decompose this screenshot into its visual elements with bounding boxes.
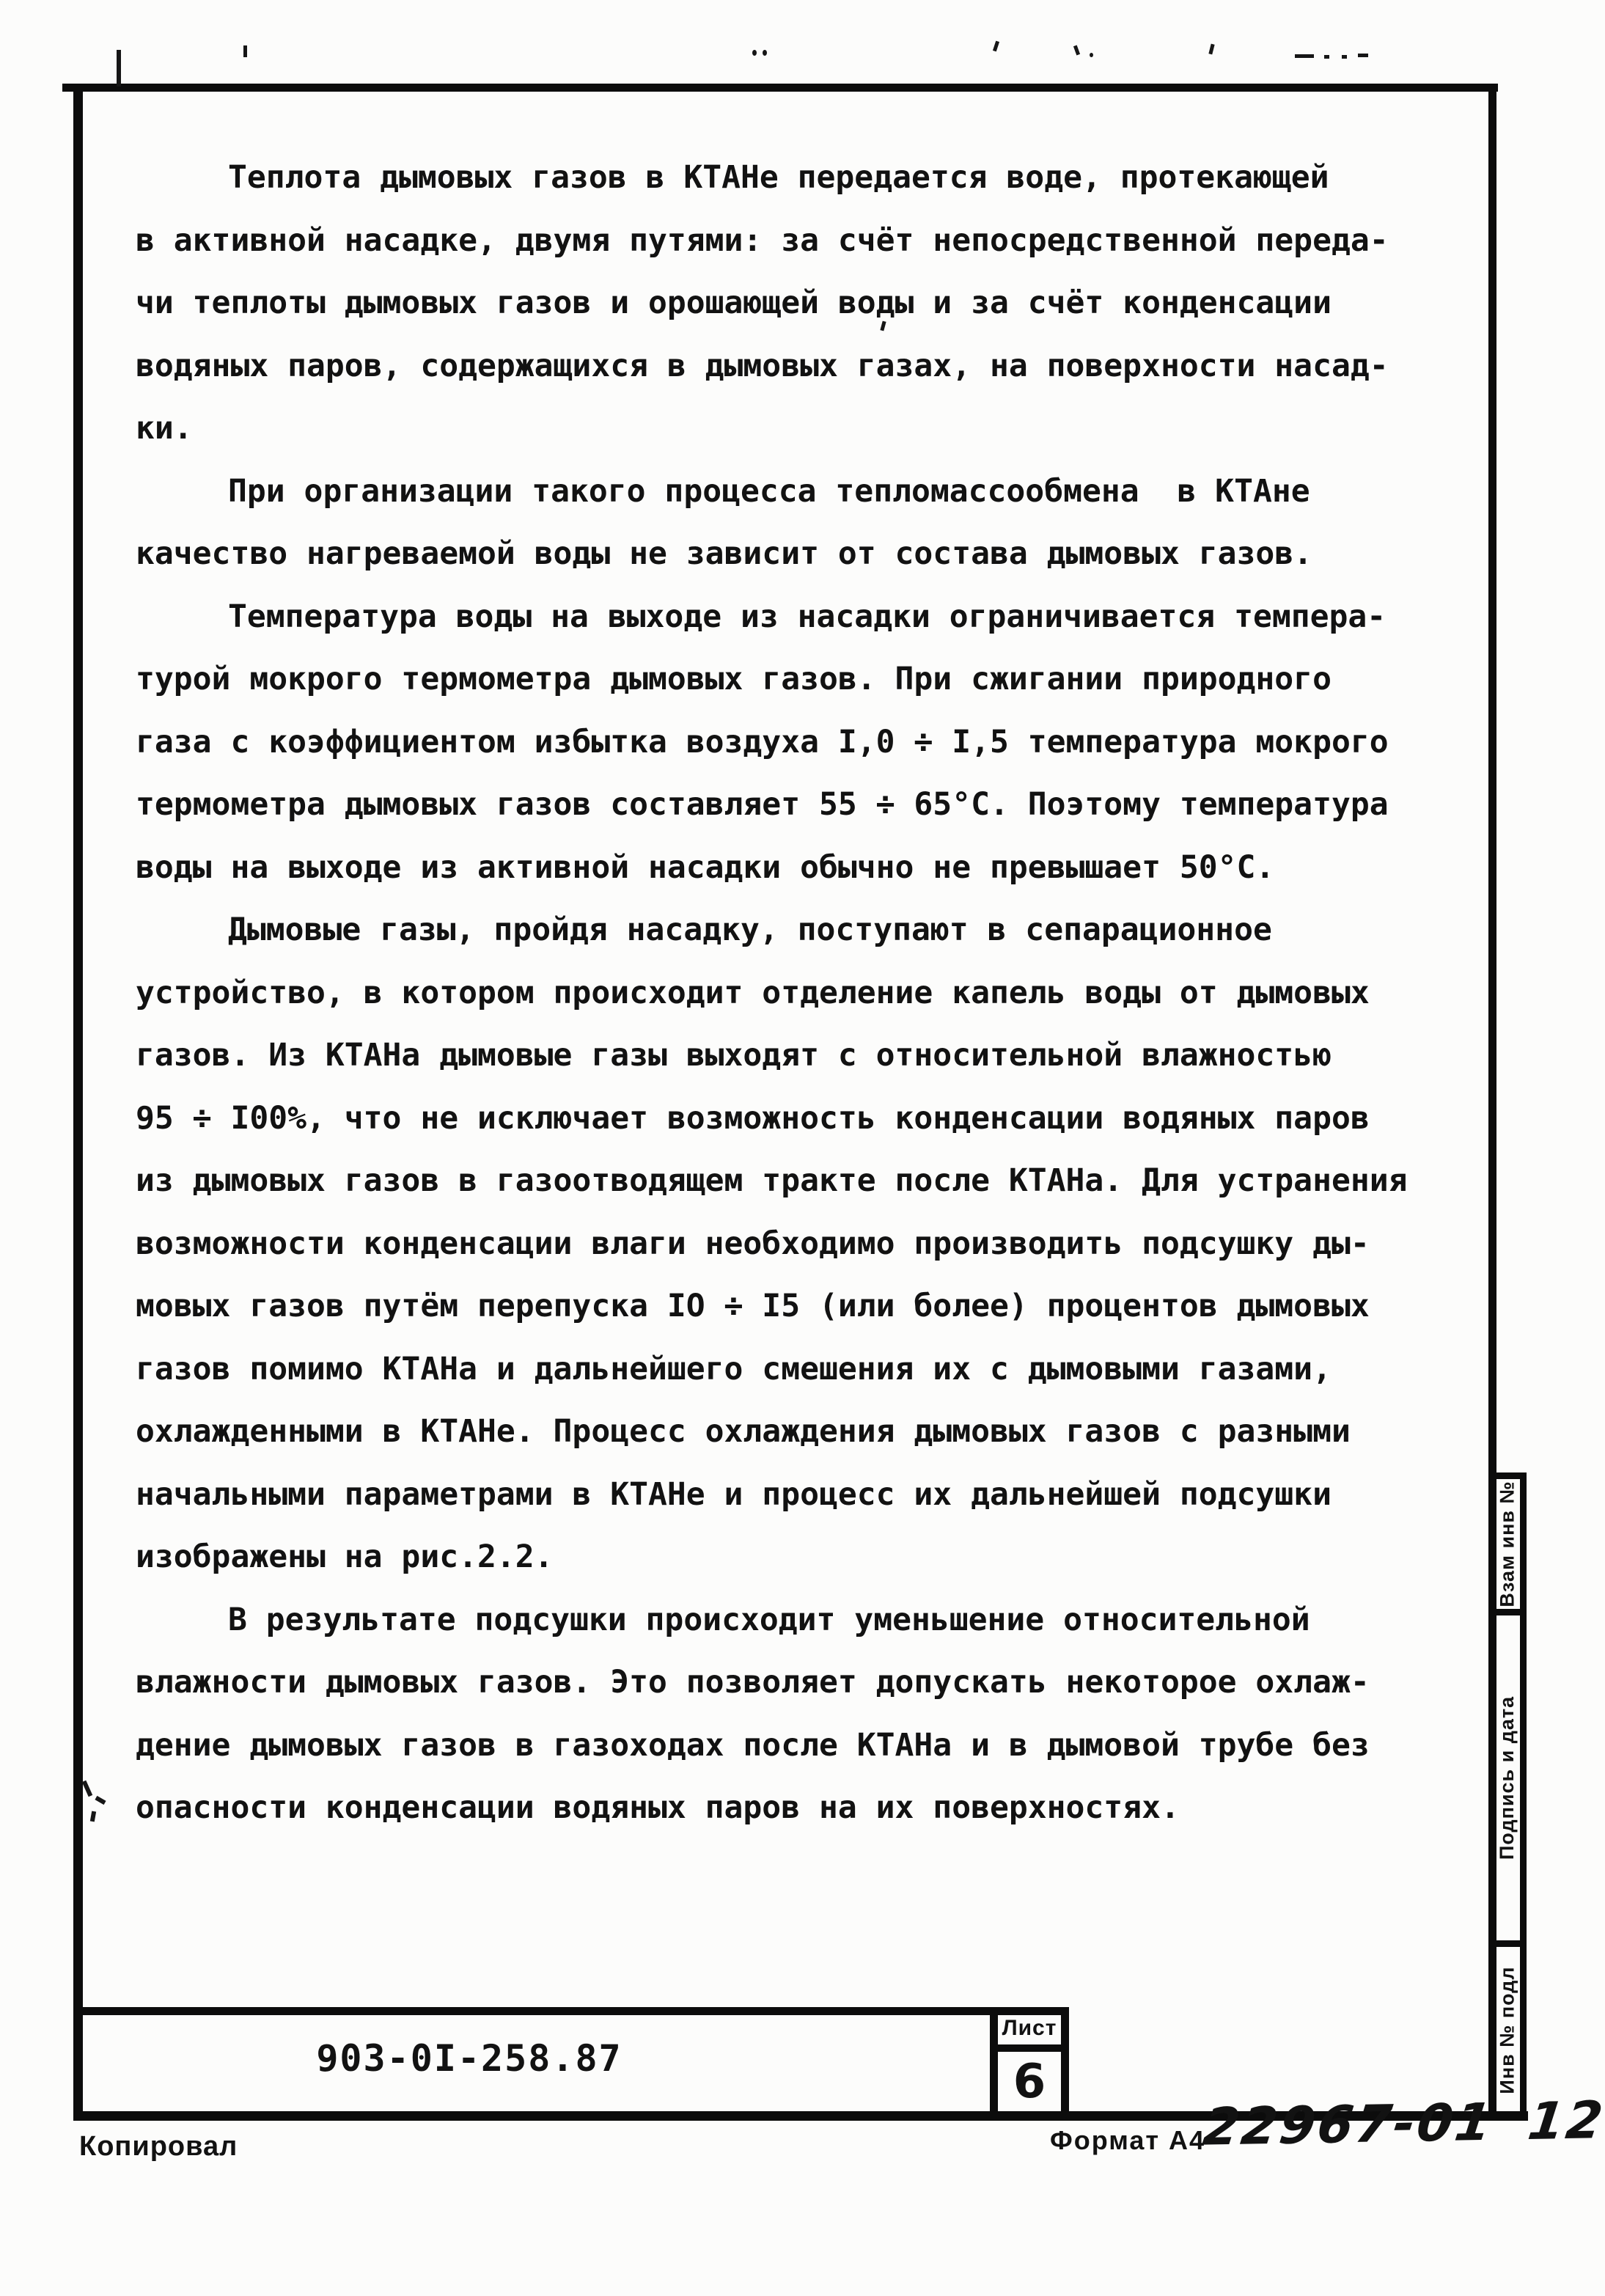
text-line: газов помимо КТАНа и дальнейшего смешени… (136, 1338, 1492, 1401)
document-number: 903-0I-258.87 (308, 2037, 631, 2080)
scan-artifact (763, 50, 767, 56)
scan-artifact (1295, 54, 1314, 58)
stamp-cell-label: Подпись и дата (1496, 1696, 1519, 1860)
text-line: водяных паров, содержащихся в дымовых га… (136, 335, 1492, 398)
text-line: возможности конденсации влаги необходимо… (136, 1213, 1492, 1276)
scan-artifact (1073, 45, 1080, 56)
scan-artifact (1358, 54, 1368, 57)
sheet-number: 6 (998, 2052, 1061, 2112)
scan-artifact (1324, 55, 1329, 59)
scan-artifact (1342, 55, 1347, 59)
frame-left-border (73, 84, 83, 2119)
text-line: Дымовые газы, пройдя насадку, поступают … (136, 899, 1492, 962)
text-line: устройство, в котором происходит отделен… (136, 962, 1492, 1025)
text-line: турой мокрого термометра дымовых газов. … (136, 648, 1492, 711)
text-line: в активной насадке, двумя путями: за счё… (136, 210, 1492, 273)
frame-top-border (62, 84, 1498, 92)
scan-artifact (243, 45, 247, 57)
text-line: При организации такого процесса тепломас… (136, 461, 1492, 524)
sheet-cell-right-border (1061, 2007, 1069, 2119)
scan-artifact (993, 41, 999, 52)
title-block-top-border (73, 2007, 1069, 2015)
handwritten-code: 22967-01 (1200, 2092, 1496, 2157)
text-line: изображены на рис.2.2. (136, 1526, 1492, 1589)
handwritten-inventory-number: 22967-0112 (1200, 2091, 1516, 2157)
text-line: газов. Из КТАНа дымовые газы выходят с о… (136, 1024, 1492, 1088)
sheet-cell-divider (990, 2044, 1069, 2052)
text-line: ки. (136, 397, 1492, 461)
text-line: влажности дымовых газов. Это позволяет д… (136, 1651, 1492, 1714)
body-text: Теплота дымовых газов в КТАНе передается… (136, 147, 1492, 1840)
text-line: В результате подсушки происходит уменьше… (136, 1589, 1492, 1652)
stamp-cell: Инв № подл (1495, 1947, 1520, 2113)
scan-artifact (1208, 44, 1214, 55)
text-line: воды на выходе из активной насадки обычн… (136, 837, 1492, 900)
stamp-cell-label: Взам инв № (1496, 1481, 1519, 1607)
text-line: чи теплоты дымовых газов и орошающей вод… (136, 272, 1492, 335)
stamp-cell: Взам инв № (1495, 1479, 1520, 1615)
copied-by-label: Копировал (79, 2131, 238, 2163)
text-line: опасности конденсации водяных паров на и… (136, 1777, 1492, 1840)
scan-artifact (1090, 53, 1093, 57)
sheet-label: Лист (998, 2012, 1061, 2044)
text-line: газа с коэффициентом избытка воздуха I,0… (136, 711, 1492, 774)
text-line: 95 ÷ I00%, что не исключает возможность … (136, 1088, 1492, 1151)
stamp-cell-label: Инв № подл (1496, 1966, 1519, 2094)
paper-format-label: Формат А4 (1050, 2125, 1205, 2156)
text-line: качество нагреваемой воды не зависит от … (136, 523, 1492, 586)
scan-artifact (90, 1811, 96, 1822)
scan-artifact (95, 1796, 106, 1805)
handwritten-page-number: 12 (1524, 2090, 1605, 2152)
text-line: из дымовых газов в газоотводящем тракте … (136, 1150, 1492, 1213)
scan-artifact (82, 1780, 92, 1797)
text-line: начальными параметрами в КТАНе и процесс… (136, 1464, 1492, 1527)
scanned-document-page: Теплота дымовых газов в КТАНе передается… (0, 0, 1605, 2296)
scan-artifact (752, 50, 757, 56)
stamp-column: Взам инв №Подпись и датаИнв № подл (1488, 1472, 1527, 2119)
scan-artifact (117, 50, 121, 87)
stamp-cell: Подпись и дата (1495, 1615, 1520, 1947)
text-line: термометра дымовых газов составляет 55 ÷… (136, 774, 1492, 837)
text-line: охлажденными в КТАНе. Процесс охлаждения… (136, 1401, 1492, 1464)
text-line: Теплота дымовых газов в КТАНе передается… (136, 147, 1492, 210)
text-line: дение дымовых газов в газоходах после КТ… (136, 1714, 1492, 1778)
sheet-cell-left-border (990, 2007, 998, 2119)
text-line: Температура воды на выходе из насадки ог… (136, 586, 1492, 649)
text-line: мовых газов путём перепуска IO ÷ I5 (или… (136, 1275, 1492, 1338)
